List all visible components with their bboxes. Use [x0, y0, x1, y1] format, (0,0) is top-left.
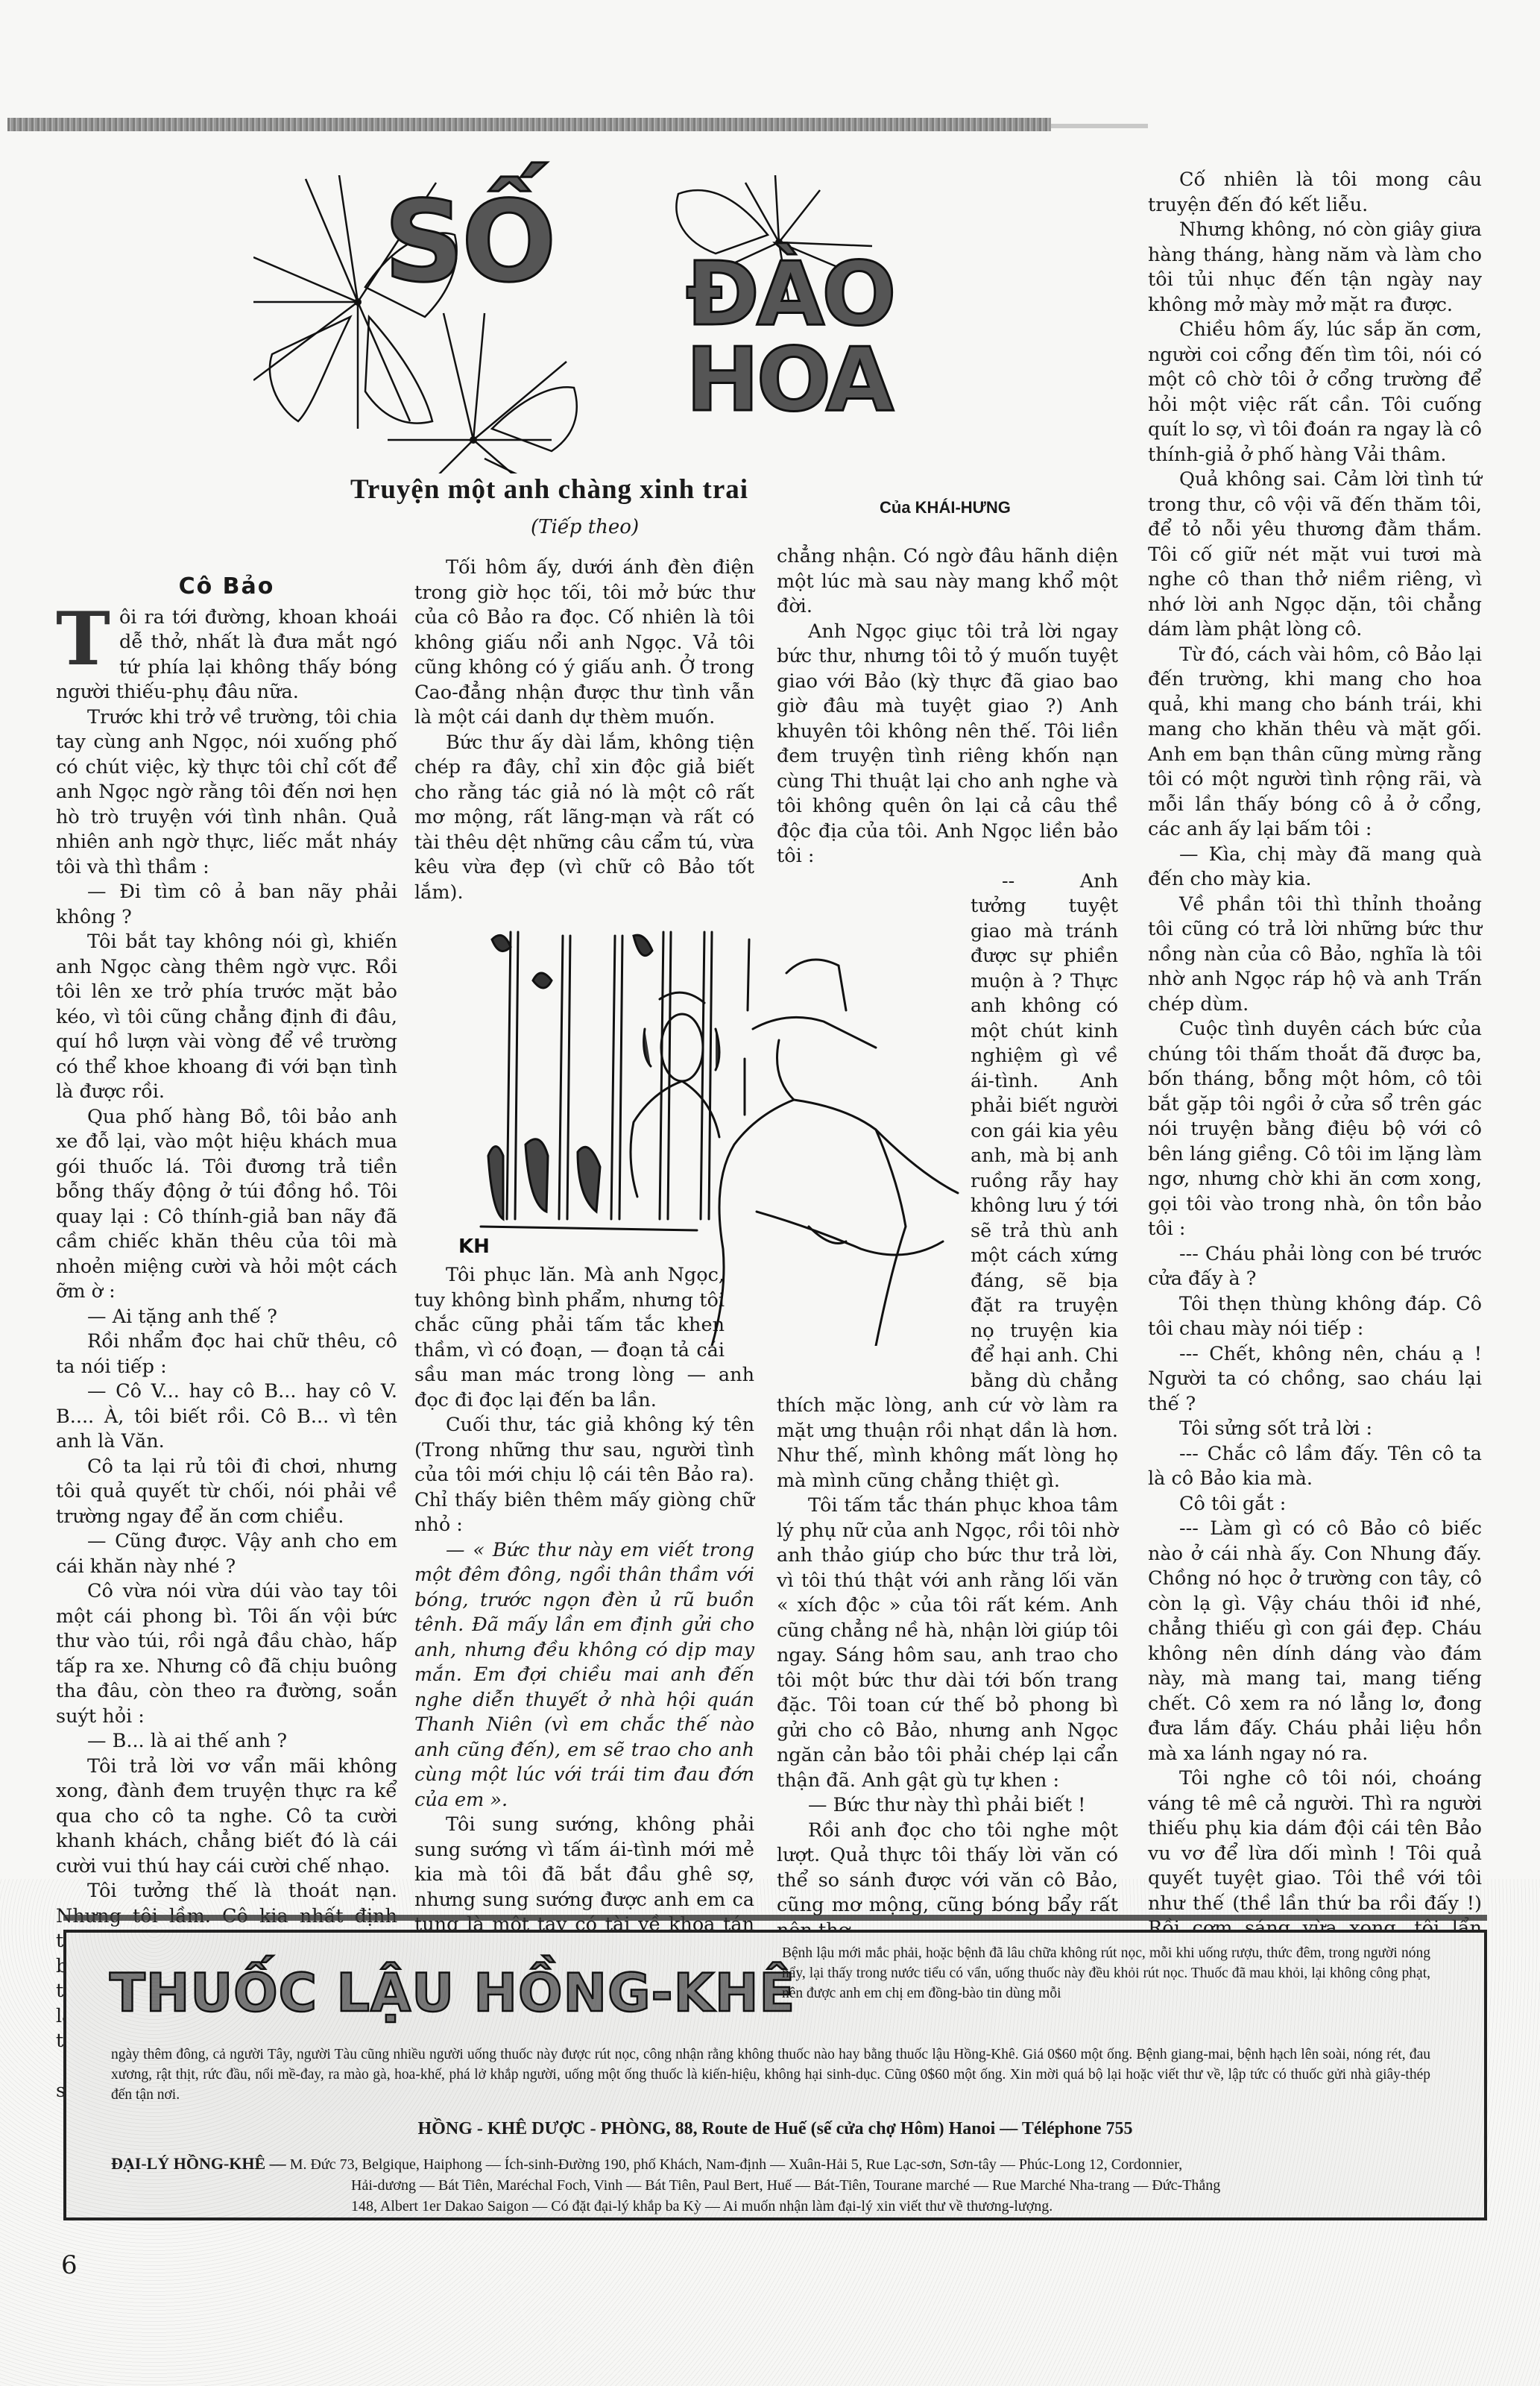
- paragraph: Tôi trả lời vơ vẩn mãi không xong, đành …: [56, 1754, 397, 1880]
- paragraph: chẳng nhận. Có ngờ đâu hãnh diện một lúc…: [777, 544, 1118, 620]
- paragraph: — Bức thư này thì phải biết !: [777, 1793, 1118, 1819]
- ad-pharmacy-address: HỒNG - KHÊ DƯỢC - PHÒNG, 88, Route de Hu…: [66, 2119, 1484, 2139]
- page-number: 6: [61, 2250, 78, 2280]
- ad-agents: ĐẠI-LÝ HỒNG-KHÊ — M. Đức 73, Belgique, H…: [111, 2153, 1430, 2217]
- paragraph: Cố nhiên là tôi mong câu truyện đến đó k…: [1148, 168, 1482, 218]
- paragraph: — Đi tìm cô ả ban nãy phải không ?: [56, 880, 397, 930]
- ad-top-rule: [63, 1915, 1487, 1921]
- ad-title: THUỐC LẬU HỒNG-KHÊ: [110, 1962, 795, 2024]
- continued-note: (Tiếp theo): [531, 516, 639, 538]
- ad-agents-line: Hải-dương — Bát Tiên, Maréchal Foch, Vin…: [111, 2175, 1430, 2196]
- ad-agents-line: 148, Albert 1er Dakao Saigon — Có đặt đạ…: [111, 2196, 1430, 2217]
- paragraph: Tối hôm ấy, dưới ánh đèn điện trong giờ …: [414, 555, 754, 731]
- paragraph: — Cũng được. Vậy anh cho em cái khăn này…: [56, 1529, 397, 1579]
- title-word-hoa: HOA: [686, 336, 891, 424]
- section-title: Cô Bảo: [56, 574, 397, 599]
- ad-agents-line: M. Đức 73, Belgique, Haiphong — Ích-sinh…: [290, 2156, 1182, 2173]
- ad-description-continued: ngày thêm đông, cả người Tây, người Tàu …: [111, 2045, 1430, 2105]
- paragraph: Tôi sửng sốt trả lời :: [1148, 1417, 1482, 1442]
- paragraph: Trước khi trở về trường, tôi chia tay cù…: [56, 705, 397, 881]
- paragraph: Từ đó, cách vài hôm, cô Bảo lại đến trườ…: [1148, 643, 1482, 843]
- paragraph: Cô vừa nói vừa dúi vào tay tôi một cái p…: [56, 1579, 397, 1729]
- paragraph: Cuộc tình duyên cách bức của chúng tôi t…: [1148, 1017, 1482, 1242]
- paragraph: Nhưng không, nó còn giây giưa hàng tháng…: [1148, 218, 1482, 318]
- paragraph: Cô tôi gắt :: [1148, 1492, 1482, 1517]
- ad-agents-label: ĐẠI-LÝ HỒNG-KHÊ —: [111, 2154, 286, 2173]
- drop-cap: T: [56, 610, 110, 670]
- top-border-band-tail: [1051, 124, 1148, 128]
- paragraph: — Cô V... hay cô B... hay cô V. B.... À,…: [56, 1379, 397, 1455]
- paragraph: Qua phố hàng Bồ, tôi bảo anh xe đỗ lại, …: [56, 1105, 397, 1305]
- paragraph: --- Chết, không nên, cháu ạ ! Người ta c…: [1148, 1342, 1482, 1417]
- paragraph: Cuối thư, tác giả không ký tên (Trong nh…: [414, 1413, 754, 1538]
- paragraph: Chiều hôm ấy, lúc sắp ăn cơm, người coi …: [1148, 318, 1482, 468]
- title-word-so: SỐ: [384, 186, 554, 298]
- paragraph: — Kìa, chị mày đã mang quà đến cho mày k…: [1148, 843, 1482, 893]
- paragraph: Rồi nhẩm đọc hai chữ thêu, cô ta nói tiế…: [56, 1329, 397, 1379]
- title-word-dao: ĐÀO: [686, 250, 894, 338]
- paragraph: --- Làm gì có cô Bảo cô biếc nào ở cái n…: [1148, 1517, 1482, 1766]
- woman-behind-bars-illustration-icon: KH: [458, 898, 980, 1346]
- illustrator-signature: KH: [458, 1236, 490, 1258]
- paragraph: — Ai tặng anh thế ?: [56, 1305, 397, 1330]
- story-illustration: KH: [458, 898, 980, 1346]
- story-subtitle: Truyện một anh chàng xinh trai: [350, 473, 748, 506]
- advertisement-box: THUỐC LẬU HỒNG-KHÊ Bệnh lậu mới mắc phải…: [63, 1930, 1487, 2220]
- quoted-letter: — « Bức thư này em viết trong một đêm đô…: [414, 1538, 754, 1813]
- story-title-art: SỐ ĐÀO HOA: [253, 175, 872, 473]
- paragraph: --- Cháu phải lòng con bé trước cửa đấy …: [1148, 1242, 1482, 1292]
- paragraph: Bức thư ấy dài lắm, không tiện chép ra đ…: [414, 731, 754, 906]
- paragraph: Tôi tấm tắc thán phục khoa tâm lý phụ nữ…: [777, 1493, 1118, 1793]
- paragraph: --- Chắc cô lầm đấy. Tên cô ta là cô Bảo…: [1148, 1442, 1482, 1492]
- article-column-4: Cố nhiên là tôi mong câu truyện đến đó k…: [1148, 168, 1482, 2216]
- paragraph: Tôi bắt tay không nói gì, khiến anh Ngọc…: [56, 930, 397, 1105]
- article-column-1: Cô Bảo T ôi ra tới đường, khoan khoái dễ…: [56, 574, 397, 2104]
- top-border-band: [7, 118, 1051, 131]
- paragraph: Rồi anh đọc cho tôi nghe một lượt. Quả t…: [777, 1819, 1118, 1944]
- paragraph: Quả không sai. Cảm lời tình tứ trong thư…: [1148, 468, 1482, 643]
- paragraph: Tôi thẹn thùng không đáp. Cô tôi chau mà…: [1148, 1292, 1482, 1342]
- paragraph: Về phần tôi thì thỉnh thoảng tôi cũng có…: [1148, 893, 1482, 1018]
- paragraph: — B... là ai thế anh ?: [56, 1729, 397, 1754]
- ad-description: Bệnh lậu mới mắc phải, hoặc bệnh đã lâu …: [782, 1943, 1430, 2003]
- author-byline: Của KHÁI-HƯNG: [880, 498, 1011, 517]
- paragraph: Cô ta lại rủ tôi đi chơi, nhưng tôi quả …: [56, 1455, 397, 1530]
- paragraph: Anh Ngọc giục tôi trả lời ngay bức thư, …: [777, 620, 1118, 869]
